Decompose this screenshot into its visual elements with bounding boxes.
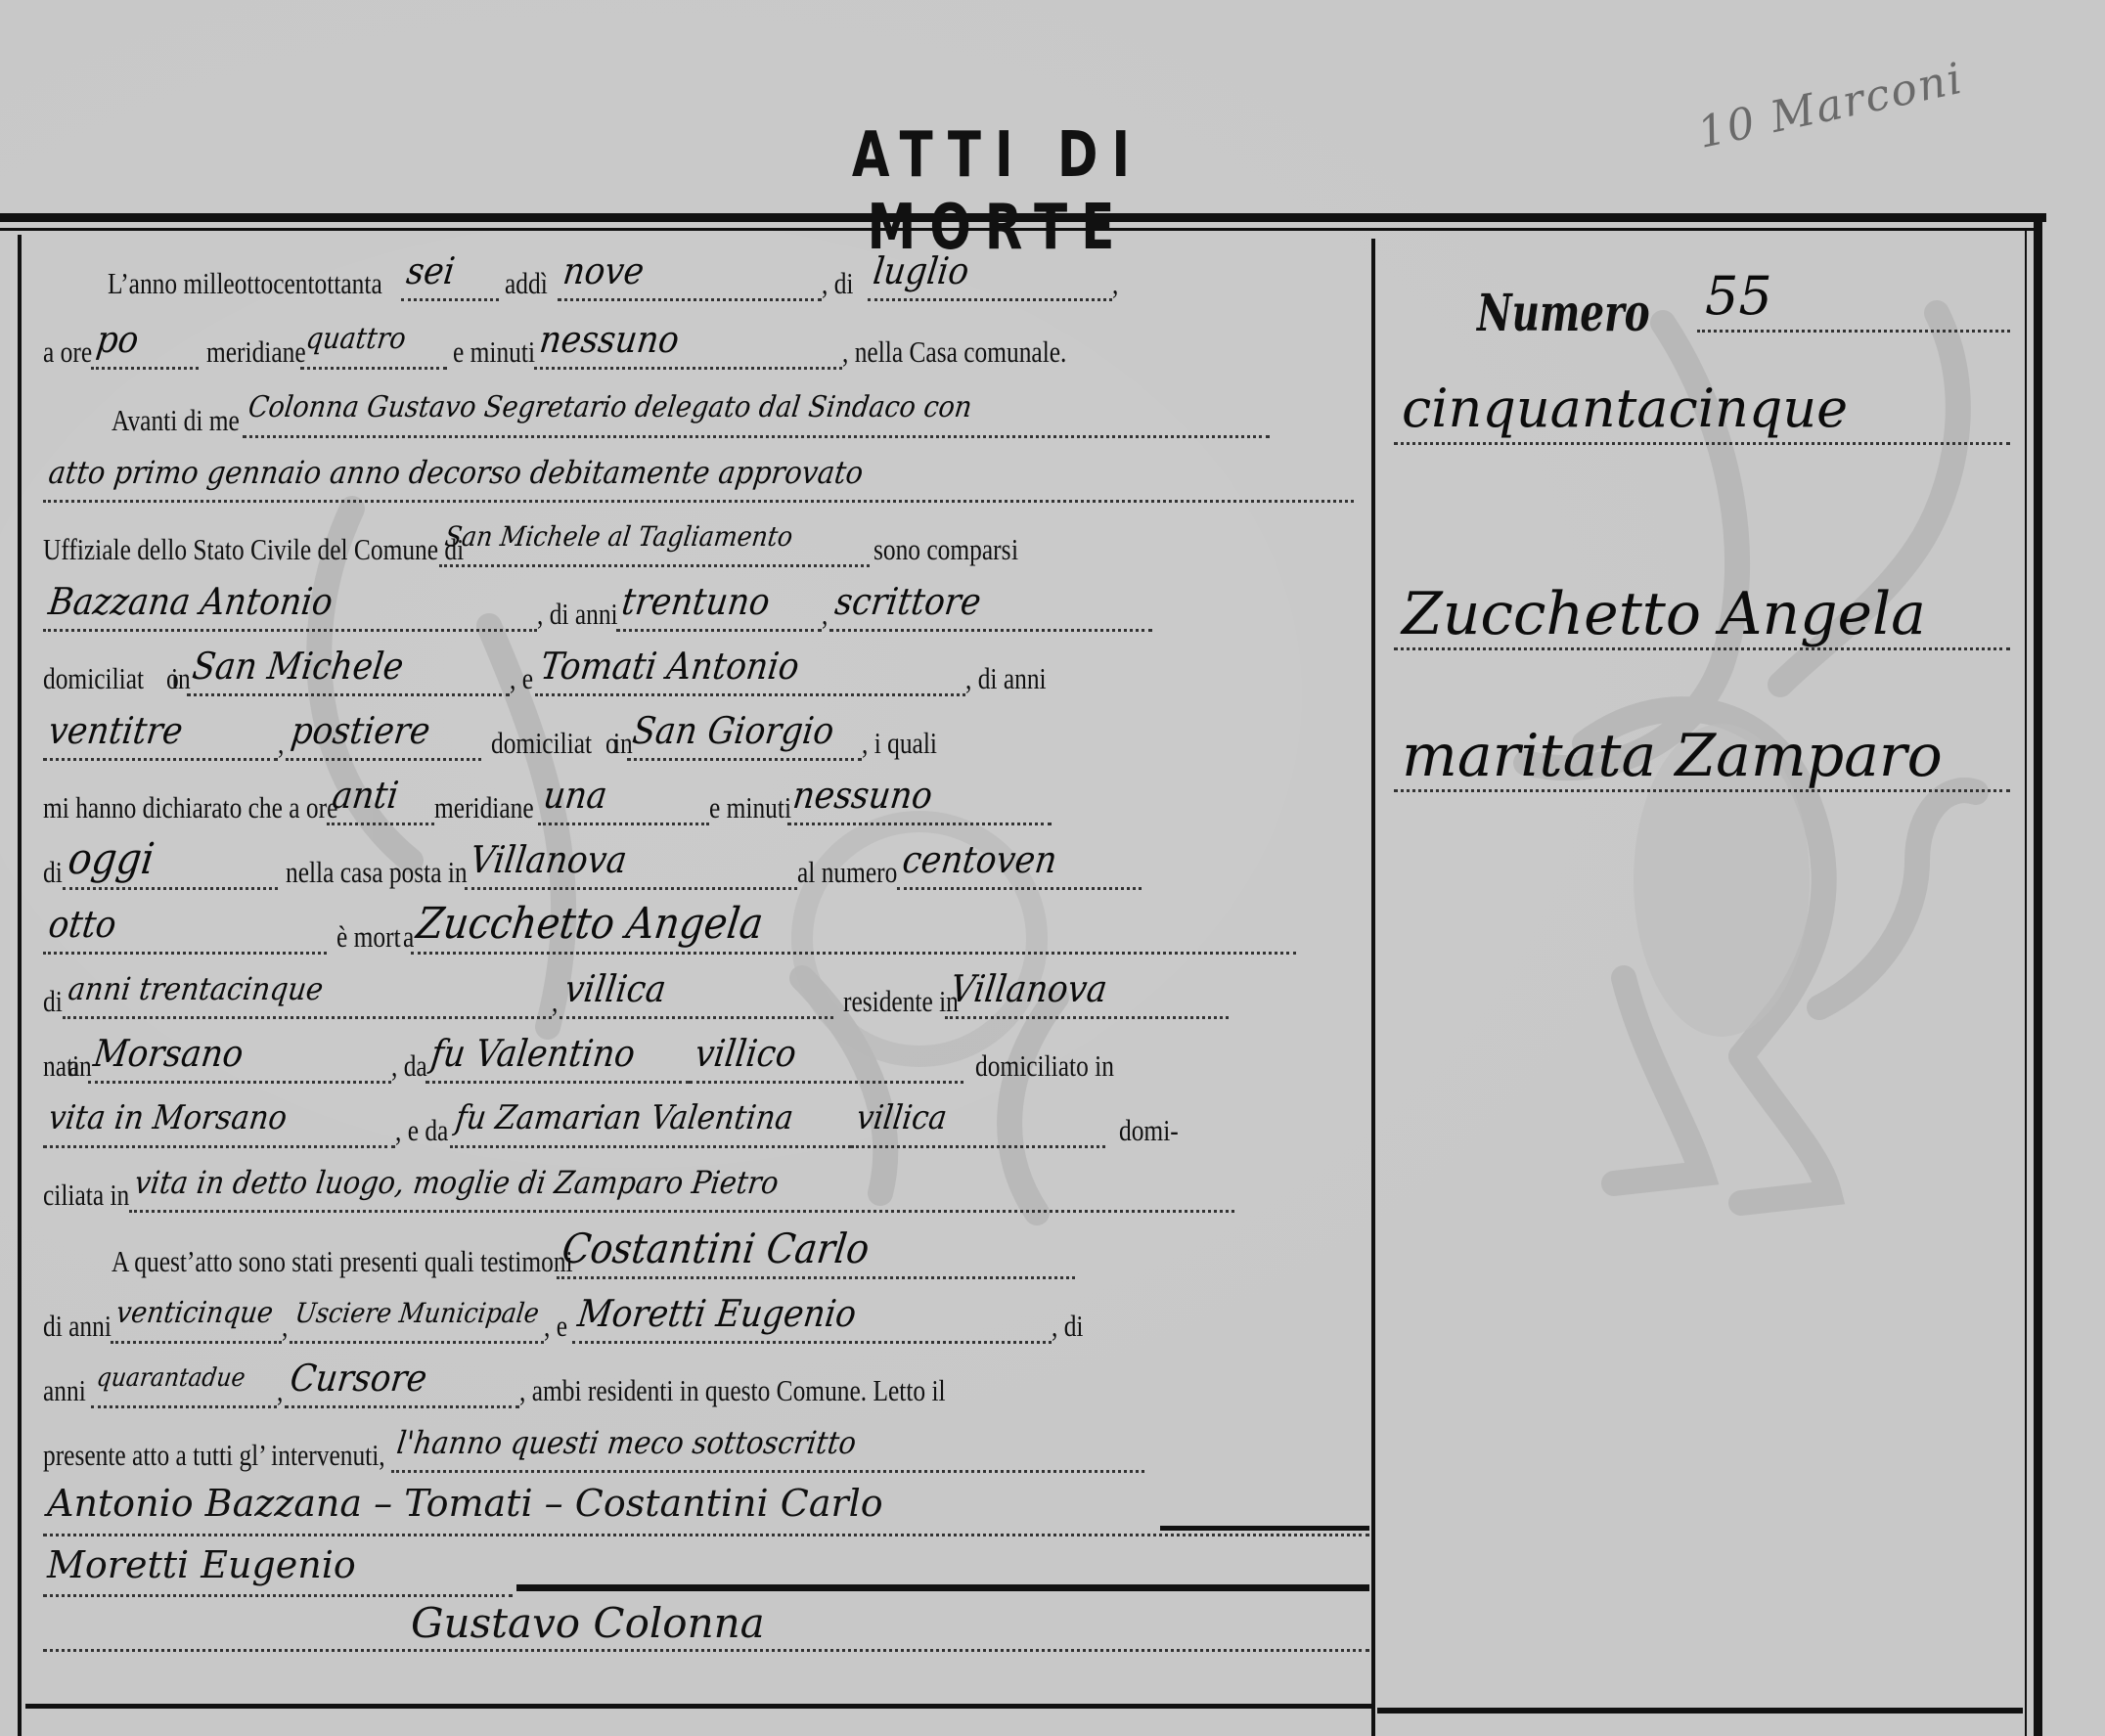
printed-text: , di anni [537,597,618,632]
printed-text: nella casa posta in [286,855,468,890]
left-border-line [18,235,22,1736]
witness-a-name-field: Costantini Carlo [557,1223,1075,1279]
line-5: Uffiziale dello Stato Civile del Comune … [43,509,1020,567]
deceased-name: Zucchetto Angela [1402,580,1926,648]
line-19: presente atto a tutti gl’ intervenuti, l… [43,1414,1144,1473]
printed-text: , di [1052,1309,1083,1344]
printed-text: , ambi residenti in questo Comune. Letto… [519,1373,946,1408]
printed-text: al numero [797,855,897,890]
witness1-domicile-field: San Michele [187,640,510,696]
house-number-continuation-field: otto [43,898,327,955]
printed-text: di anni [43,1309,112,1344]
witness-b-profession-field: Cursore [285,1352,519,1408]
printed-text: presente atto a tutti gl’ intervenuti, [43,1438,385,1473]
numero-label: Numero [1477,284,1650,343]
printed-text: A quest’atto sono stati presenti quali t… [112,1244,573,1279]
printed-text: Avanti di me [112,403,240,438]
line-10: di oggi nella casa posta in Villanova al… [43,831,1142,890]
printed-text: e minuti [709,790,791,825]
witness-a-profession-field: Usciere Municipale [290,1287,544,1344]
top-rule-thin [0,228,2035,231]
deceased-married: maritata Zamparo [1402,722,1943,790]
printed-text: , [1112,266,1118,301]
witness1-age-field: trentuno [616,575,822,632]
father-name-field: fu Valentino [425,1027,690,1084]
signature-witness-b: Moretti Eugenio [47,1543,356,1586]
printed-text: , nella Casa comunale. [842,334,1066,370]
line-15: ciliata in vita in detto luogo, moglie d… [43,1154,1234,1213]
printed-text: domi- [1119,1113,1179,1148]
death-place-field: Villanova [465,833,797,890]
line-9: mi hanno dichiarato che a ore anti merid… [43,767,1052,825]
deceased-residence-field: Villanova [945,962,1229,1019]
death-hour-field: una [538,769,709,825]
witness2-age-field: ventitre [43,704,278,761]
printed-text: meridiane [206,334,306,370]
printed-text: anni [43,1373,86,1408]
numero-value: 55 [1705,265,1772,327]
right-border-thin [2025,231,2027,1736]
column-divider-line [1371,239,1375,1736]
printed-text: , [282,1309,288,1344]
printed-text: , [278,726,284,761]
house-number-field: centoven [897,833,1142,890]
line-17: di anni venticinque , Usciere Municipale… [43,1285,1091,1344]
printed-text: , [822,597,828,632]
minutes-field: nessuno [534,313,842,370]
bottom-rule-left [25,1704,1371,1709]
signature-dash-1 [1160,1526,1369,1531]
printed-text: domiciliat [491,726,592,761]
printed-text: di [43,984,63,1019]
line-16: A quest’atto sono stati presenti quali t… [112,1221,1075,1279]
month-field: luglio [868,245,1112,301]
printed-text: di [43,855,63,890]
line-7: domiciliato in San Michele , e Tomati An… [43,638,1063,696]
line-6: Bazzana Antonio , di anni trentuno , scr… [43,573,1152,632]
printed-text: , e [544,1309,567,1344]
top-rule-thick [0,213,2046,222]
line-3: Avanti di me Colonna Gustavo Segretario … [112,379,1270,438]
printed-text: residente in [843,984,959,1019]
printed-text: , i quali [862,726,937,761]
death-day-field: oggi [63,833,278,890]
witness-b-age-field: quarantadue [91,1352,277,1408]
signature-line-1 [43,1534,1369,1536]
father-profession-field: villico [690,1027,963,1084]
signature-line-3 [43,1649,1369,1652]
deceased-name-main-field: Zucchetto Angela [411,898,1296,955]
printed-text: ciliata in [43,1178,129,1213]
right-border-thick [2034,217,2042,1736]
year-field: sei [401,245,499,301]
deceased-profession-field: villica [560,962,833,1019]
mother-name-field: fu Zamarian Valentina [450,1091,851,1148]
printed-text: , di anni [965,661,1047,696]
printed-text: , [277,1373,283,1408]
printed-text: è mort [336,919,401,955]
death-minutes-field: nessuno [787,769,1052,825]
numero-words-field: cinquantacinque [1394,377,2010,445]
birthplace-field: Morsano [88,1027,391,1084]
witness1-profession-field: scrittore [829,575,1152,632]
day-field: nove [558,245,822,301]
hour-period-field: po [91,313,199,370]
hour-field: quattro [300,313,447,370]
printed-text: , e da [395,1113,448,1148]
witness-b-name-field: Moretti Eugenio [572,1287,1052,1344]
mother-domicile-field: vita in detto luogo, moglie di Zamparo P… [129,1156,1234,1213]
record-number: Numero [1477,284,1708,343]
signature-dash-2 [516,1584,1369,1591]
printed-text: , di [822,266,853,301]
signature-statement-field: l'hanno questi meco sottoscritto [391,1416,1144,1473]
printed-text: , e [510,661,533,696]
printed-text: domiciliat [43,661,144,696]
line-2: a ore po meridiane quattro e minuti ness… [43,311,1115,370]
witness1-name-field: Bazzana Antonio [43,575,537,632]
comune-field: San Michele al Tagliamento [439,511,870,567]
signature-line-2 [43,1594,513,1597]
death-period-field: anti [327,769,434,825]
printed-text: mi hanno dichiarato che a ore [43,790,337,825]
witness2-name-field: Tomati Antonio [535,640,965,696]
line-11: otto è morta Zucchetto Angela [43,896,1296,955]
line-4: atto primo gennaio anno decorso debitame… [43,444,1354,503]
father-domicile-field: vita in Morsano [43,1091,395,1148]
printed-text: , da [391,1048,427,1084]
printed-text: Uffiziale dello Stato Civile del Comune … [43,532,464,567]
numero-value-field: 55 [1697,264,2010,333]
officer-field: Colonna Gustavo Segretario delegato dal … [243,381,1270,438]
deceased-age-field: anni trentacinque [63,962,552,1019]
line-13: nata in Morsano , da fu Valentino villic… [43,1025,1144,1084]
numero-words: cinquantacinque [1402,378,1848,439]
printed-text: addì [505,266,548,301]
printed-text: a ore [43,334,92,370]
deceased-name-field: Zucchetto Angela [1394,582,2010,650]
printed-text: , [552,984,558,1019]
signature-witnesses: Antonio Bazzana – Tomati – Costantini Ca… [47,1482,883,1525]
deceased-married-field: maritata Zamparo [1394,724,2010,792]
line-12: di anni trentacinque , villica residente… [43,960,1229,1019]
printed-text: i [1011,532,1018,567]
signature-officer: Gustavo Colonna [411,1599,765,1647]
line-14: vita in Morsano , e da fu Zamarian Valen… [43,1090,1191,1148]
line-8: ventitre , postiere domiciliato in San G… [43,702,954,761]
printed-text: domiciliato in [975,1048,1114,1084]
printed-text: meridiane [434,790,534,825]
printed-text: sono compars [873,532,1011,567]
bottom-rule-right [1377,1708,2023,1714]
mother-profession-field: villica [851,1091,1105,1148]
line-1: L’anno milleottocentottanta sei addì nov… [108,243,1120,301]
officer-continuation-field: atto primo gennaio anno decorso debitame… [43,446,1354,503]
witness2-profession-field: postiere [286,704,481,761]
witness2-domicile-field: San Giorgio [627,704,862,761]
printed-text: L’anno milleottocentottanta [108,266,382,301]
line-18: anni quarantadue , Cursore , ambi reside… [43,1350,1039,1408]
printed-text: e minuti [453,334,535,370]
witness-a-age-field: venticinque [111,1287,282,1344]
